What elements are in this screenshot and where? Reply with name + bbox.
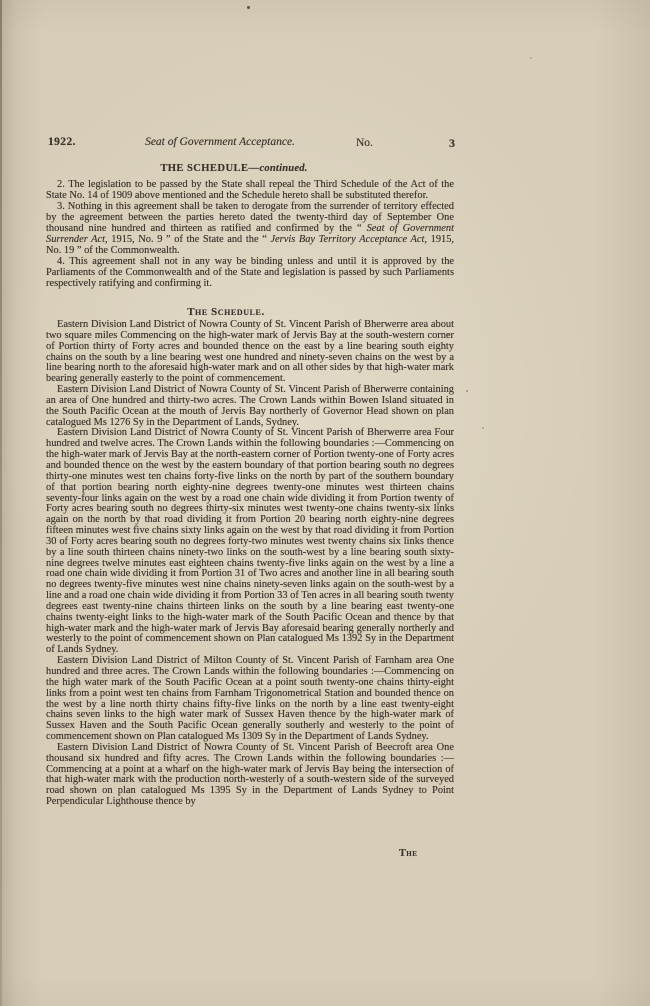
paper-speck (466, 390, 468, 392)
heading-schedule-continued-italic: continued. (259, 163, 307, 174)
header-title: Seat of Government Acceptance. (130, 136, 310, 148)
schedule-paragraph-bherwerre-412-acres: Eastern Division Land District of Nowra … (46, 428, 454, 656)
schedule-paragraph-bowen-island: Eastern Division Land District of Nowra … (46, 385, 454, 428)
scanned-document-page: 1922. Seat of Government Acceptance. No.… (0, 0, 650, 1006)
agreement-clauses: 2. The legislation to be passed by the S… (46, 179, 454, 289)
clause-2: 2. The legislation to be passed by the S… (46, 179, 454, 201)
paper-speck (247, 6, 250, 9)
schedule-paragraph-beecroft: Eastern Division Land District of Nowra … (46, 743, 454, 808)
header-year: 1922. (48, 136, 76, 148)
clause-4: 4. This agreement shall not in any way b… (46, 256, 454, 289)
catchword: The (399, 848, 417, 859)
clause-3: 3. Nothing in this agreement shall be ta… (46, 201, 454, 256)
page-number: 3 (449, 136, 455, 151)
heading-schedule-continued-caps: THE SCHEDULE— (160, 163, 259, 174)
clause-3-text: , 1915, No. 9 ” of the State and the “ (105, 234, 270, 245)
paper-speck (482, 427, 484, 429)
clause-3-act-title-2: Jervis Bay Territory Acceptance Act (270, 234, 424, 245)
page-left-edge-shadow (0, 0, 2, 1006)
schedule-paragraph-bherwerre-two-square-miles: Eastern Division Land District of Nowra … (46, 320, 454, 385)
running-header: 1922. Seat of Government Acceptance. No.… (46, 136, 454, 152)
heading-the-schedule: The Schedule. (22, 306, 430, 318)
heading-schedule-continued: THE SCHEDULE—continued. (30, 163, 438, 174)
header-number-label: No. (356, 137, 373, 149)
paper-speck (530, 57, 532, 59)
schedule-body: Eastern Division Land District of Nowra … (46, 320, 454, 808)
schedule-paragraph-farnham: Eastern Division Land District of Milton… (46, 656, 454, 743)
